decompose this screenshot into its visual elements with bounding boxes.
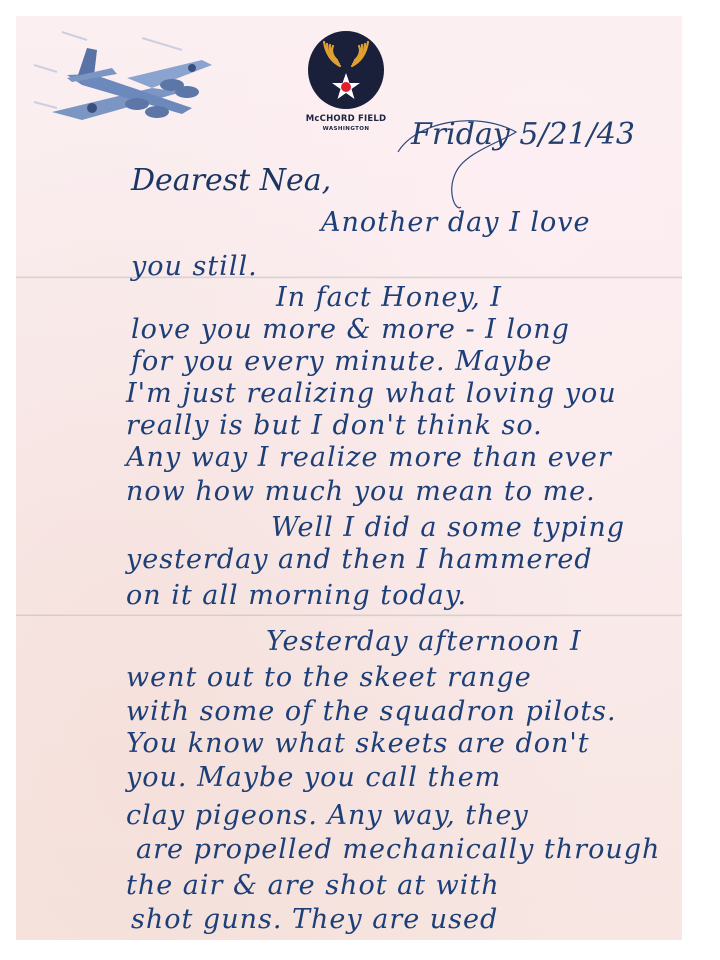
letter-line: on it all morning today. <box>126 582 467 609</box>
letter-line: In fact Honey, I <box>276 284 502 311</box>
letterhead-title: McCHORD FIELD <box>286 114 406 124</box>
fold-line <box>16 614 682 617</box>
letter-page: McCHORD FIELD WASHINGTON Friday 5/21/43 … <box>16 16 682 940</box>
letter-line: the air & are shot at with <box>126 872 500 899</box>
letter-line: I'm just realizing what loving you <box>126 380 617 407</box>
letter-line: shot guns. They are used <box>131 906 498 933</box>
letter-line: you still. <box>131 253 258 280</box>
letter-line: are propelled mechanically through <box>136 836 660 863</box>
fold-line <box>16 276 682 279</box>
letter-line: Any way I realize more than ever <box>126 444 612 471</box>
letter-line: yesterday and then I hammered <box>126 546 593 573</box>
letter-line: Well I did a some typing <box>271 514 625 541</box>
letter-line: clay pigeons. Any way, they <box>126 802 529 829</box>
letter-line: You know what skeets are don't <box>126 730 590 757</box>
letter-line: went out to the skeet range <box>126 664 532 691</box>
letter-line: you. Maybe you call them <box>126 764 501 791</box>
letter-line: with some of the squadron pilots. <box>126 698 617 725</box>
letter-date: Friday 5/21/43 <box>411 120 635 150</box>
letterhead-subtitle: WASHINGTON <box>286 126 406 132</box>
letter-line: Yesterday afternoon I <box>266 628 582 655</box>
bomber-plane-icon <box>32 30 222 130</box>
letter-line: Another day I love <box>321 209 590 236</box>
letter-line: for you every minute. Maybe <box>131 348 552 375</box>
letter-line: really is but I don't think so. <box>126 412 543 439</box>
letter-greeting: Dearest Nea, <box>131 166 331 196</box>
army-air-forces-insignia-icon <box>306 30 386 110</box>
letter-line: now how much you mean to me. <box>126 478 596 505</box>
letter-line: love you more & more - I long <box>131 316 570 343</box>
